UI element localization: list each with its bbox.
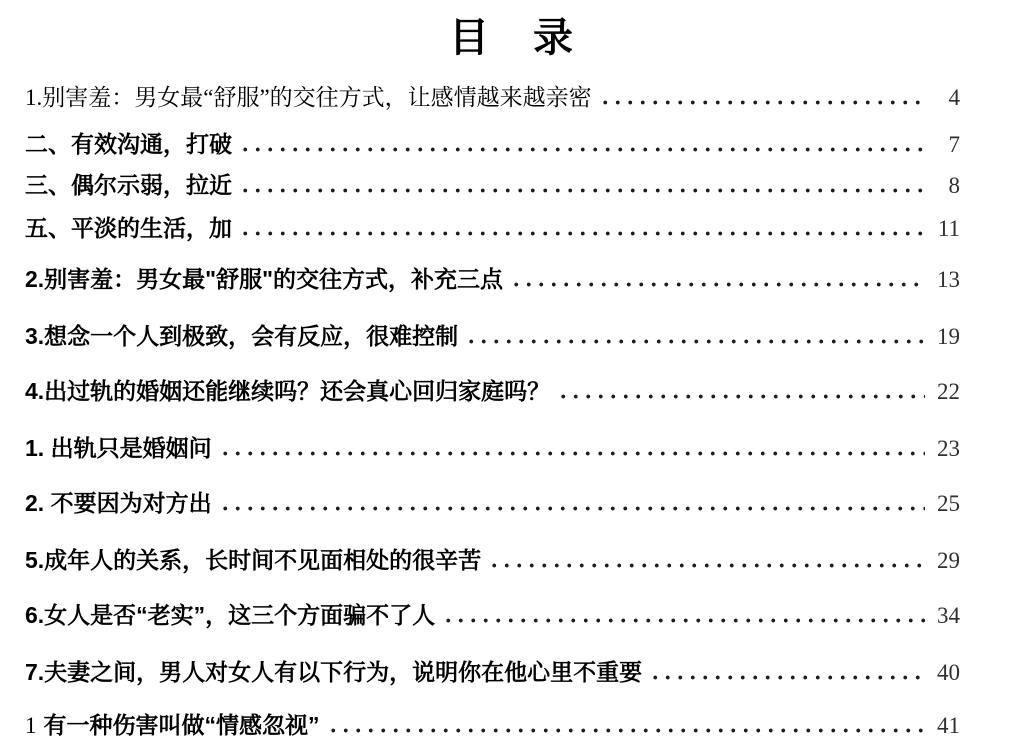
dot-leader (327, 728, 926, 733)
toc-entry[interactable]: 五、平淡的生活，加 11 (25, 214, 960, 243)
dot-leader (219, 451, 925, 456)
page-number: 29 (930, 547, 960, 575)
toc-entry[interactable]: 3.想念一个人到极致，会有反应，很难控制 19 (25, 322, 960, 351)
page-number: 41 (930, 712, 960, 740)
toc-entry[interactable]: 5.成年人的关系，长时间不见面相处的很辛苦 29 (25, 546, 960, 575)
page-number: 23 (930, 435, 960, 463)
dot-leader (239, 147, 925, 152)
toc-entry-text: 三、偶尔示弱，拉近 (25, 171, 232, 199)
toc-entry-text: 2.别害羞：男女最"舒服"的交往方式，补充三点 (25, 265, 503, 293)
page-number: 40 (930, 659, 960, 687)
toc-entry-text: 1.别害羞：男女最“舒服”的交往方式，让感情越来越亲密 (25, 84, 592, 112)
dot-leader (465, 339, 925, 344)
toc-entry[interactable]: 1.别害羞：男女最“舒服”的交往方式，让感情越来越亲密 4 (25, 84, 960, 112)
toc-entry[interactable]: 7.夫妻之间，男人对女人有以下行为，说明你在他心里不重要 40 (25, 658, 960, 687)
toc-entry-text: 4.出过轨的婚姻还能继续吗？还会真心回归家庭吗？ (25, 377, 550, 405)
toc-entry-text: 5.成年人的关系，长时间不见面相处的很辛苦 (25, 546, 481, 574)
dot-leader (219, 506, 925, 511)
toc-entry[interactable]: 1. 出轨只是婚姻问 23 (25, 434, 960, 463)
page-number: 4 (930, 84, 960, 112)
toc-entry[interactable]: 6.女人是否“老实”，这三个方面骗不了人 34 (25, 601, 960, 630)
document-page: 目 录 1.别害羞：男女最“舒服”的交往方式，让感情越来越亲密 4 二、有效沟通… (0, 0, 1024, 745)
page-number: 8 (930, 172, 960, 200)
toc-entry-text: 五、平淡的生活，加 (25, 214, 232, 242)
page-title: 目 录 (0, 14, 1024, 62)
toc-entry[interactable]: 2. 不要因为对方出 25 (25, 489, 960, 518)
page-number: 34 (930, 602, 960, 630)
page-number: 13 (930, 266, 960, 294)
dot-leader (649, 675, 925, 680)
page-number: 19 (930, 323, 960, 351)
toc-entry[interactable]: 二、有效沟通，打破 7 (25, 130, 960, 159)
dot-leader (599, 100, 925, 105)
toc-entry[interactable]: 2.别害羞：男女最"舒服"的交往方式，补充三点 13 (25, 265, 960, 294)
toc-entry-text: 6.女人是否“老实”，这三个方面骗不了人 (25, 601, 435, 629)
toc-entry[interactable]: 4.出过轨的婚姻还能继续吗？还会真心回归家庭吗？ 22 (25, 377, 960, 406)
page-number: 25 (930, 490, 960, 518)
toc-entry-text: 3.想念一个人到极致，会有反应，很难控制 (25, 322, 458, 350)
dot-leader (239, 188, 925, 193)
toc-entry-text: 二、有效沟通，打破 (25, 130, 232, 158)
toc-entry-text: 1. 出轨只是婚姻问 (25, 434, 212, 462)
toc-entry-prefix: 1 (25, 712, 37, 740)
toc-entry-text: 7.夫妻之间，男人对女人有以下行为，说明你在他心里不重要 (25, 658, 642, 686)
dot-leader (442, 618, 925, 623)
dot-leader (239, 231, 925, 236)
toc-entry-text: 2. 不要因为对方出 (25, 489, 212, 517)
page-number: 7 (930, 131, 960, 159)
toc-entry-text: 有一种伤害叫做“情感忽视” (44, 711, 320, 739)
dot-leader (488, 563, 925, 568)
page-number: 22 (930, 378, 960, 406)
dot-leader (557, 394, 925, 399)
page-number: 11 (930, 215, 960, 243)
dot-leader (510, 282, 925, 287)
toc-entry[interactable]: 三、偶尔示弱，拉近 8 (25, 171, 960, 200)
toc-entry[interactable]: 1 有一种伤害叫做“情感忽视” 41 (25, 711, 960, 740)
